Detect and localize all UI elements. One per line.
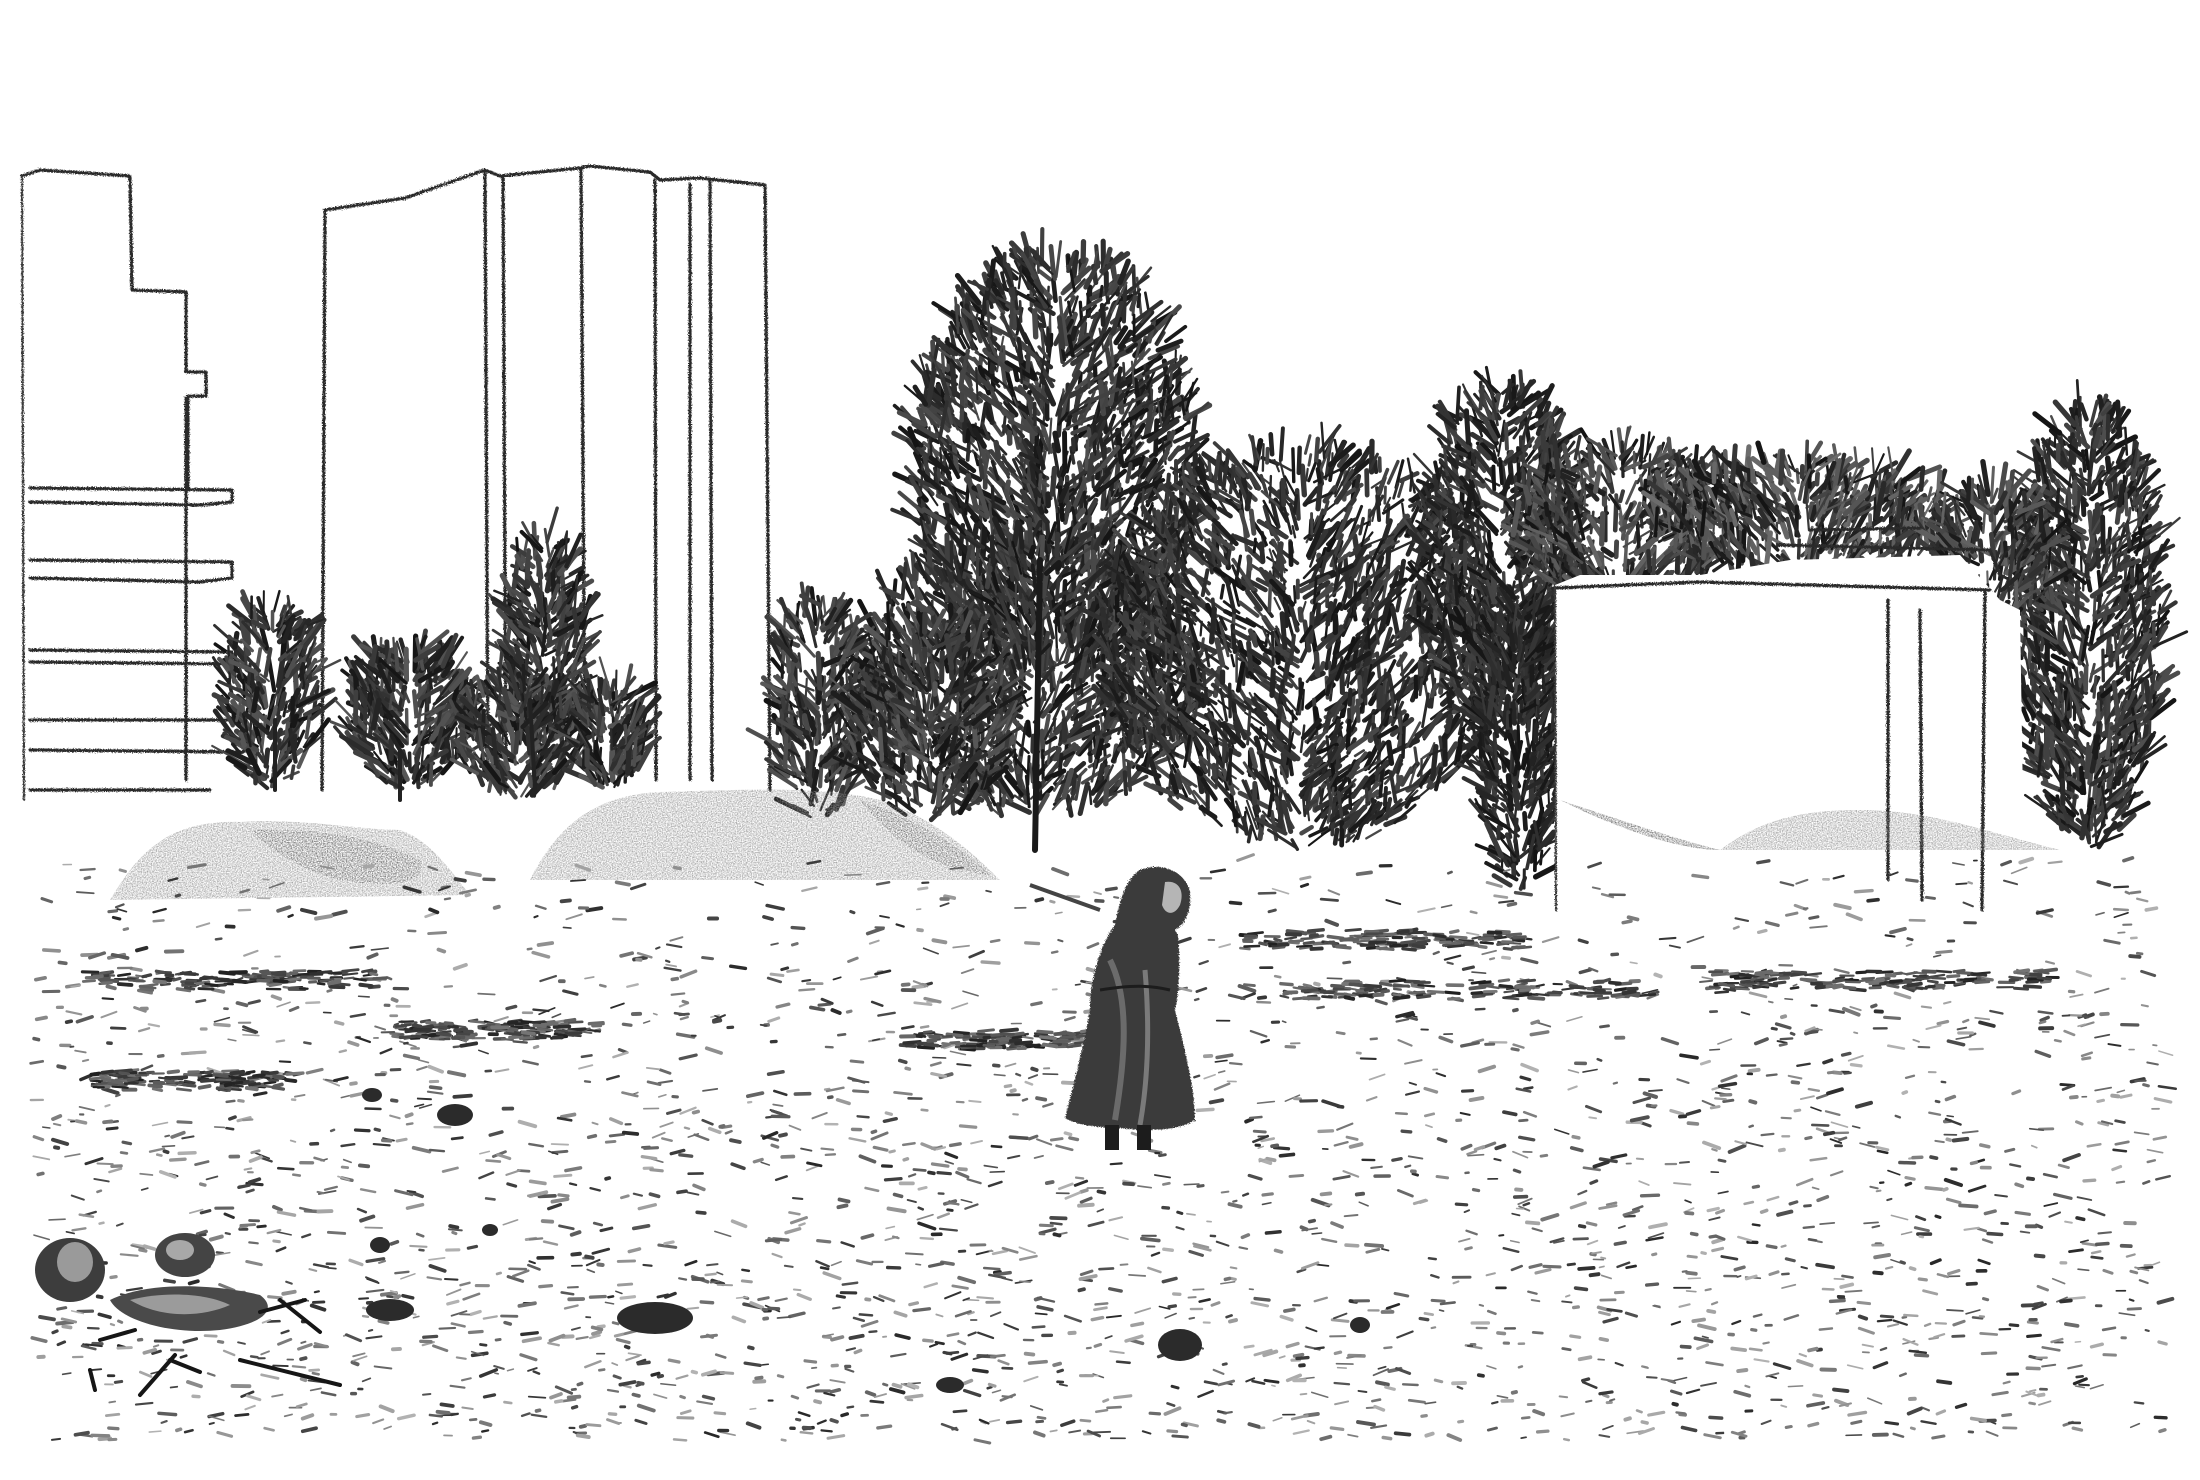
pencil-drawing-canvas xyxy=(0,0,2200,1480)
right-low-building xyxy=(1555,528,2025,930)
